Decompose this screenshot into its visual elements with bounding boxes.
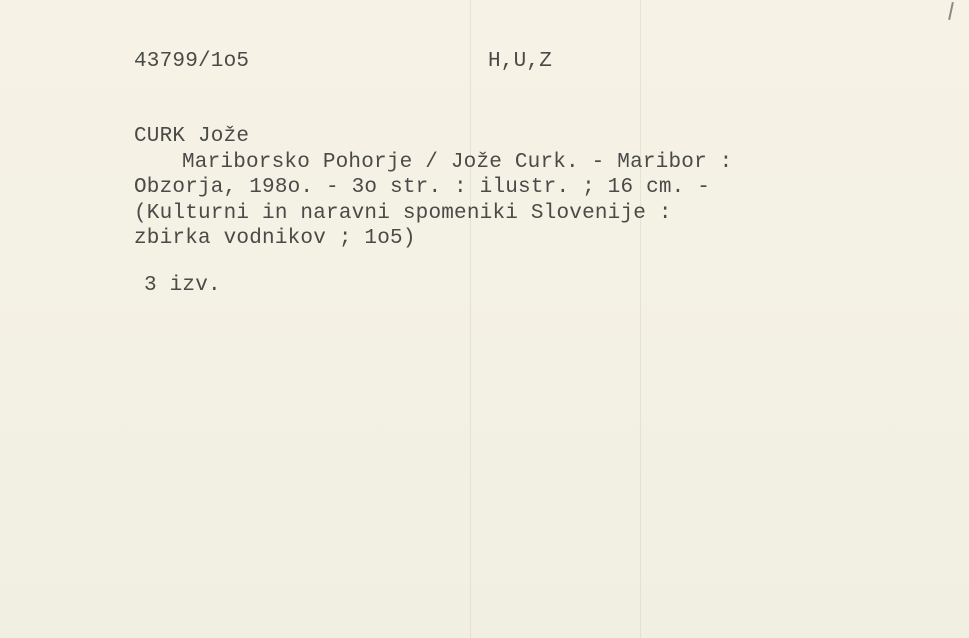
copies-count: 3 izv. (144, 274, 221, 297)
description-line: Mariborsko Pohorje / Jože Curk. - Maribo… (182, 151, 733, 174)
description-line: Obzorja, 198o. - 3o str. : ilustr. ; 16 … (134, 176, 710, 199)
location-codes: H,U,Z (488, 50, 552, 73)
paper-crease (470, 0, 471, 638)
call-number: 43799/1o5 (134, 50, 249, 73)
catalog-card: 43799/1o5 H,U,Z CURK Jože Mariborsko Poh… (0, 0, 969, 638)
check-mark (948, 2, 954, 20)
author-heading: CURK Jože (134, 125, 249, 148)
paper-crease (640, 0, 641, 638)
description-line: (Kulturni in naravni spomeniki Slovenije… (134, 202, 672, 225)
description-line: zbirka vodnikov ; 1o5) (134, 227, 416, 250)
